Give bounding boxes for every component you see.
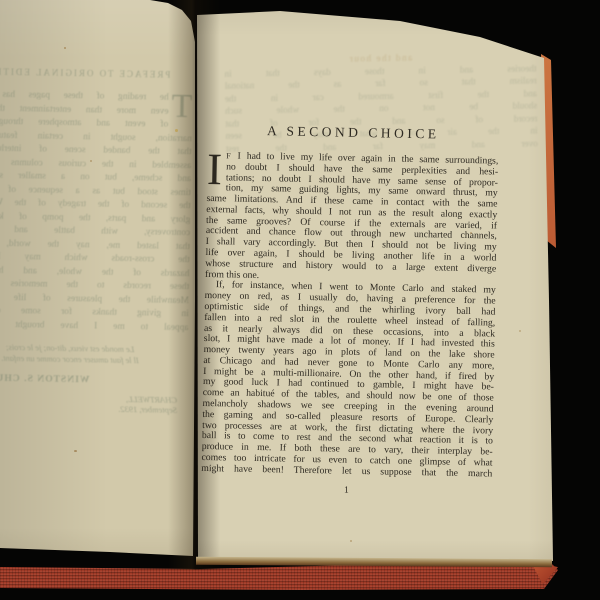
page-number: 1 [201,483,492,499]
left-page-showthrough-text: PREFACE TO ORIGINAL EDITION T he reading… [0,66,193,415]
page-stack-edge [196,557,552,567]
drop-cap-letter: I [207,153,223,185]
chapter-content: A SECOND CHOICE I F I had to live my lif… [201,122,499,499]
paragraph-2: If, for instance, when I went to Monte C… [201,280,496,480]
showthrough-heading: PREFACE TO ORIGINAL EDITION [0,66,193,80]
book-photograph: PREFACE TO ORIGINAL EDITION T he reading… [0,0,600,600]
foxing-speck [470,232,472,234]
showthrough-signature: WINSTON S. CHURCHILL [0,372,188,387]
paragraph-1: I F I had to live my life over again in … [205,151,498,286]
foxing-speck [64,47,66,49]
showthrough-place-date: CHARTWELL, September, 1932. [0,391,187,415]
showthrough-paragraph: he reading of these pages has beguiledev… [0,88,193,335]
foxing-speck [74,450,77,452]
foxing-speck [175,129,178,132]
foxing-speck [90,160,92,162]
foxing-speck [519,330,521,332]
showthrough-drop-cap: T [171,94,192,120]
showthrough-french-couplet: Le monde est vieux, dit-on; je le crois;… [0,341,188,367]
foxing-speck [350,540,352,542]
